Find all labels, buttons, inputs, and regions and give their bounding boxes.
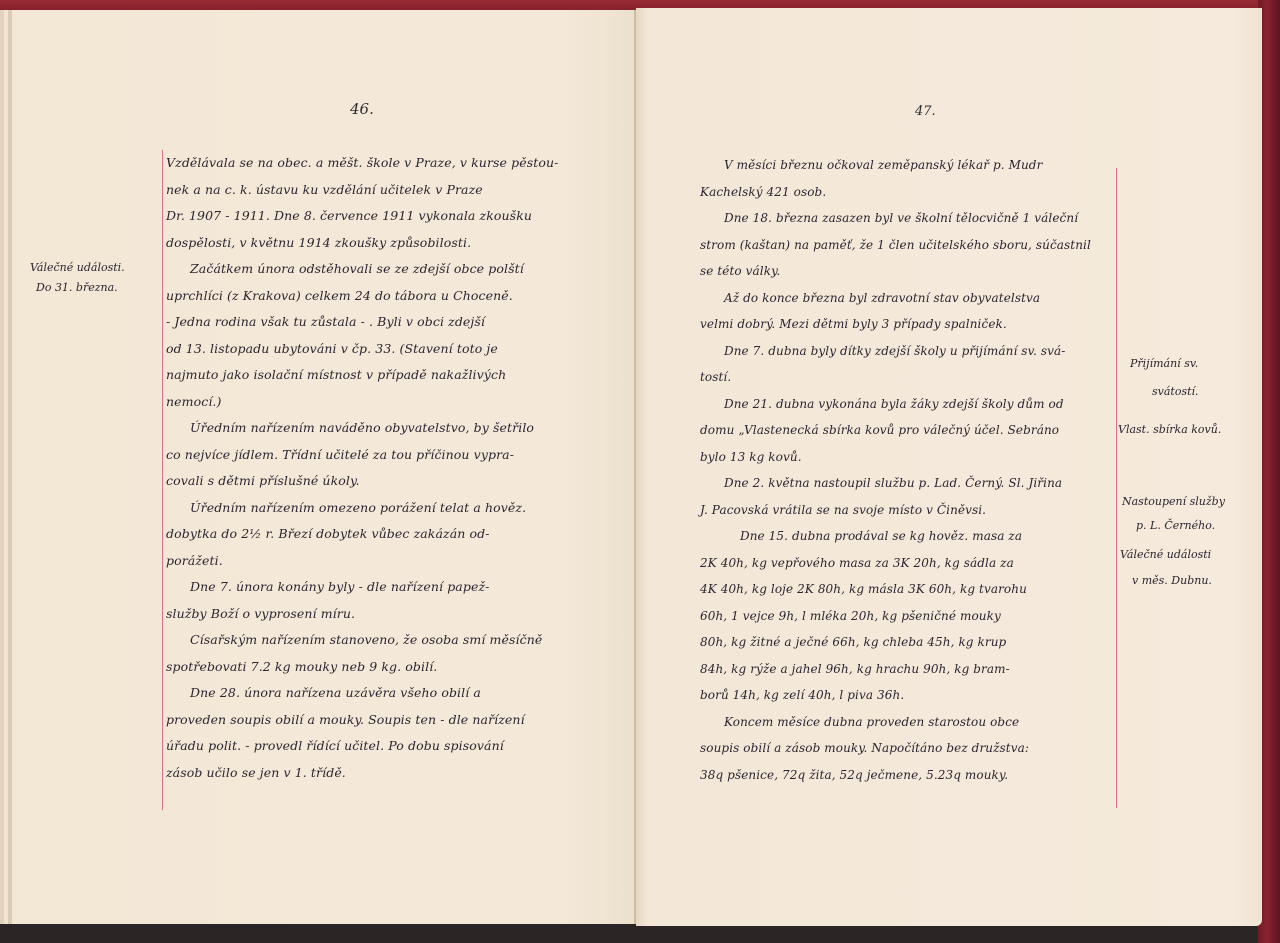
text-line: Dne 18. března zasazen byl ve školní těl… (700, 205, 1091, 232)
text-line: 60h, 1 vejce 9h, l mléka 20h, kg pšeničn… (700, 603, 1091, 630)
text-line: domu „Vlastenecká sbírka kovů pro válečn… (700, 417, 1091, 444)
text-line: velmi dobrý. Mezi dětmi byly 3 případy s… (700, 311, 1091, 338)
text-line: Dne 7. dubna byly dítky zdejší školy u p… (700, 338, 1091, 365)
text-line: bylo 13 kg kovů. (700, 444, 1091, 471)
text-line: J. Pacovská vrátila se na svoje místo v … (700, 497, 1091, 524)
text-line: Až do konce března byl zdravotní stav ob… (700, 285, 1091, 312)
text-line: služby Boží o vyprosení míru. (166, 601, 558, 628)
text-line: Začátkem února odstěhovali se ze zdejší … (166, 256, 558, 283)
text-line: - Jedna rodina však tu zůstala - . Byli … (166, 309, 558, 336)
text-line: spotřebovati 7.2 kg mouky neb 9 kg. obil… (166, 654, 558, 681)
margin-note-line: Do 31. března. (30, 278, 125, 298)
text-line: Dne 7. února konány byly - dle nařízení … (166, 574, 558, 601)
margin-note-war-events-april: Válečné události v měs. Dubnu. (1120, 542, 1212, 594)
margin-note-line: Válečné události. (30, 258, 125, 278)
text-line: Úředním nařízením naváděno obyvatelstvo,… (166, 415, 558, 442)
text-line: Dr. 1907 - 1911. Dne 8. července 1911 vy… (166, 203, 558, 230)
margin-note-line: svátostí. (1130, 378, 1199, 406)
right-page-margin-rule (1116, 168, 1117, 808)
page-number-left: 46. (350, 100, 374, 118)
text-line: nemocí.) (166, 389, 558, 416)
left-page-body: Vzdělávala se na obec. a měšt. škole v P… (166, 150, 558, 786)
margin-note-new-teacher: Nastoupení služby p. L. Černého. (1122, 490, 1225, 538)
text-line: nek a na c. k. ústavu ku vzdělání učitel… (166, 177, 558, 204)
text-line: Dne 21. dubna vykonána byla žáky zdejší … (700, 391, 1091, 418)
text-line: 38q pšenice, 72q žita, 52q ječmene, 5.23… (700, 762, 1091, 789)
text-line: dobytka do 2½ r. Březí dobytek vůbec zak… (166, 521, 558, 548)
text-line: Dne 2. května nastoupil službu p. Lad. Č… (700, 470, 1091, 497)
margin-note-metal-collection: Vlast. sbírka kovů. (1118, 420, 1221, 440)
text-line: tostí. (700, 364, 1091, 391)
text-line: covali s dětmi příslušné úkoly. (166, 468, 558, 495)
left-page-margin-rule (162, 150, 163, 810)
text-line: 4K 40h, kg loje 2K 80h, kg másla 3K 60h,… (700, 576, 1091, 603)
text-line: Císařským nařízením stanoveno, že osoba … (166, 627, 558, 654)
text-line: úřadu polit. - provedl řídící učitel. Po… (166, 733, 558, 760)
text-line: dospělosti, v květnu 1914 zkoušky způsob… (166, 230, 558, 257)
margin-note-line: p. L. Černého. (1122, 514, 1225, 538)
page-number-right: 47. (915, 104, 936, 119)
margin-note-line: v měs. Dubnu. (1120, 568, 1212, 594)
text-line: Kachelský 421 osob. (700, 179, 1091, 206)
margin-note-line: Nastoupení služby (1122, 490, 1225, 514)
margin-note-line: Vlast. sbírka kovů. (1118, 420, 1221, 440)
text-line: Dne 15. dubna prodával se kg hověz. masa… (700, 523, 1091, 550)
text-line: se této války. (700, 258, 1091, 285)
text-line: soupis obilí a zásob mouky. Napočítáno b… (700, 735, 1091, 762)
text-line: V měsíci březnu očkoval zeměpanský lékař… (700, 152, 1091, 179)
margin-note-communion: Přijímání sv. svátostí. (1130, 350, 1199, 406)
text-line: proveden soupis obilí a mouky. Soupis te… (166, 707, 558, 734)
text-line: najmuto jako isolační místnost v případě… (166, 362, 558, 389)
text-line: Vzdělávala se na obec. a měšt. škole v P… (166, 150, 558, 177)
text-line: co nejvíce jídlem. Třídní učitelé za tou… (166, 442, 558, 469)
text-line: Úředním nařízením omezeno porážení telat… (166, 495, 558, 522)
text-line: Koncem měsíce dubna proveden starostou o… (700, 709, 1091, 736)
margin-note-line: Válečné události (1120, 542, 1212, 568)
text-line: borů 14h, kg zelí 40h, l piva 36h. (700, 682, 1091, 709)
text-line: strom (kaštan) na paměť, že 1 člen učite… (700, 232, 1091, 259)
right-page-body: V měsíci březnu očkoval zeměpanský lékař… (700, 152, 1091, 788)
text-line: zásob učilo se jen v 1. třídě. (166, 760, 558, 787)
text-line: porážeti. (166, 548, 558, 575)
text-line: 2K 40h, kg vepřového masa za 3K 20h, kg … (700, 550, 1091, 577)
margin-note-war-events-march: Válečné události. Do 31. března. (30, 258, 125, 298)
margin-note-line: Přijímání sv. (1130, 350, 1199, 378)
text-line: od 13. listopadu ubytováni v čp. 33. (St… (166, 336, 558, 363)
text-line: Dne 28. února nařízena uzávěra všeho obi… (166, 680, 558, 707)
text-line: 84h, kg rýže a jahel 96h, kg hrachu 90h,… (700, 656, 1091, 683)
text-line: 80h, kg žitné a ječné 66h, kg chleba 45h… (700, 629, 1091, 656)
text-line: uprchlíci (z Krakova) celkem 24 do tábor… (166, 283, 558, 310)
